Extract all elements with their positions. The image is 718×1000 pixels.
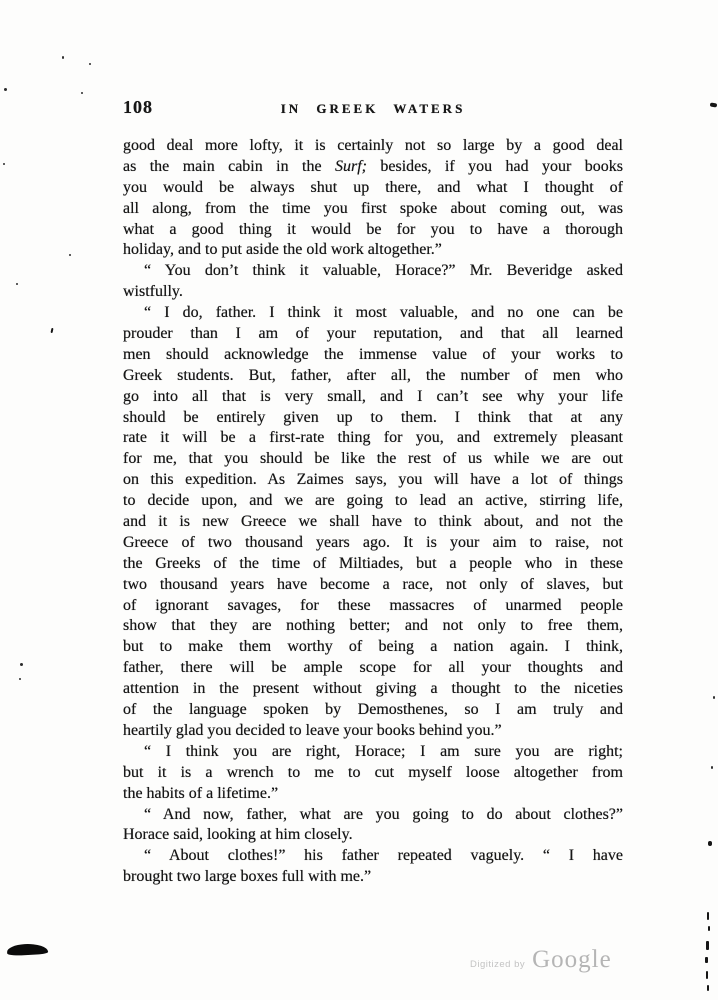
text-line: the habits of a lifetime.” xyxy=(123,784,623,805)
text-line: holiday, and to put aside the old work a… xyxy=(123,240,623,261)
text-line: show that they are nothing better; and n… xyxy=(123,616,623,637)
book-page-scan: 108 IN GREEK WATERS good deal more lofty… xyxy=(0,0,718,1000)
watermark: Digitized by Google xyxy=(470,946,612,974)
text-line: Greek students. But, father, after all, … xyxy=(123,366,623,387)
running-title: IN GREEK WATERS xyxy=(123,101,623,117)
text-line: wistfully. xyxy=(123,282,623,303)
scan-artifact xyxy=(51,328,54,333)
text-line: rate it will be a first-rate thing for y… xyxy=(123,428,623,449)
text-line: for me, that you should be like the rest… xyxy=(123,449,623,470)
text-line: of the language spoken by Demosthenes, s… xyxy=(123,700,623,721)
digitized-by-label: Digitized by xyxy=(470,959,525,970)
text-line: Greece of two thousand years ago. It is … xyxy=(123,533,623,554)
scan-artifact xyxy=(19,678,21,680)
text-line: heartily glad you decided to leave your … xyxy=(123,721,623,742)
text-line: good deal more lofty, it is certainly no… xyxy=(123,136,623,157)
scan-artifact xyxy=(708,926,710,931)
scan-artifact xyxy=(711,766,713,769)
text-line: prouder than I am of your reputation, an… xyxy=(123,324,623,345)
text-line: attention in the present without giving … xyxy=(123,679,623,700)
text-line: “ I think you are right, Horace; I am su… xyxy=(123,742,623,763)
text-line: father, there will be ample scope for al… xyxy=(123,658,623,679)
ink-blob-artifact xyxy=(7,943,49,956)
scan-artifact xyxy=(3,163,5,165)
text-line: should be entirely given up to them. I t… xyxy=(123,408,623,429)
text-line: the Greeks of the time of Miltiades, but… xyxy=(123,554,623,575)
text-line: two thousand years have become a race, n… xyxy=(123,575,623,596)
text-line: Horace said, looking at him closely. xyxy=(123,825,623,846)
text-line: on this expedition. As Zaimes says, you … xyxy=(123,470,623,491)
scan-artifact xyxy=(710,103,717,108)
scan-artifact xyxy=(20,663,23,666)
text-line: to decide upon, and we are going to lead… xyxy=(123,491,623,512)
scan-artifact xyxy=(707,912,709,920)
text-line: as the main cabin in the Surf; besides, … xyxy=(123,157,623,178)
scan-artifact xyxy=(81,92,83,94)
text-line: and it is new Greece we shall have to th… xyxy=(123,512,623,533)
text-line: but to make them worthy of being a natio… xyxy=(123,637,623,658)
text-line: all along, from the time you first spoke… xyxy=(123,199,623,220)
text-line: “ You don’t think it valuable, Horace?” … xyxy=(123,261,623,282)
scan-artifact xyxy=(706,941,709,950)
scan-artifact xyxy=(89,63,91,65)
scan-artifact xyxy=(707,985,709,991)
text-line: brought two large boxes full with me.” xyxy=(123,867,623,888)
text-line: what a good thing it would be for you to… xyxy=(123,220,623,241)
text-line: but it is a wrench to me to cut myself l… xyxy=(123,763,623,784)
text-line: of ignorant savages, for these massacres… xyxy=(123,596,623,617)
text-line: “ I do, father. I think it most valuable… xyxy=(123,303,623,324)
scan-artifact xyxy=(69,254,71,256)
scan-artifact xyxy=(708,841,712,846)
text-line: “ And now, father, what are you going to… xyxy=(123,805,623,826)
scan-artifact xyxy=(16,283,18,285)
scan-artifact xyxy=(62,56,64,59)
text-line: men should acknowledge the immense value… xyxy=(123,345,623,366)
text-line: go into all that is very small, and I ca… xyxy=(123,387,623,408)
google-logo: Google xyxy=(532,946,612,974)
text-line: “ About clothes!” his father repeated va… xyxy=(123,846,623,867)
scan-artifact xyxy=(713,696,715,699)
text-line: you would be always shut up there, and w… xyxy=(123,178,623,199)
page-body: good deal more lofty, it is certainly no… xyxy=(123,136,623,888)
scan-artifact xyxy=(705,957,708,963)
scan-artifact xyxy=(706,971,708,979)
scan-artifact xyxy=(4,88,7,91)
